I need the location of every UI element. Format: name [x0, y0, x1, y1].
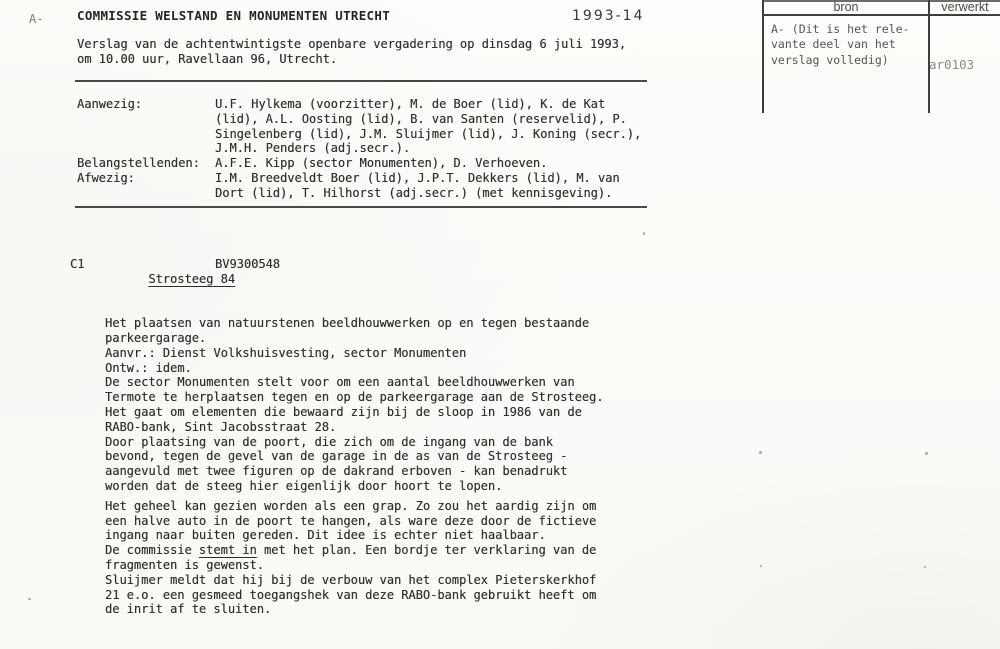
horizontal-rule-top — [75, 80, 647, 82]
registration-table: bron verwerkt A- (Dit is het rele- vante… — [762, 0, 1000, 115]
attendance-row-belangstellenden: Belangstellenden: A.F.E. Kipp (sector Mo… — [77, 156, 655, 171]
margin-annotation-code: A- — [29, 12, 43, 27]
attendance-value: U.F. Hylkema (voorzitter), M. de Boer (l… — [215, 97, 655, 156]
bron-cell-note: A- (Dit is het rele- vante deel van het … — [771, 22, 925, 68]
scan-speck — [643, 232, 645, 235]
attendance-value: A.F.E. Kipp (sector Monumenten), D. Verh… — [215, 156, 655, 171]
attendance-value: I.M. Breedveldt Boer (lid), J.P.T. Dekke… — [215, 171, 655, 201]
item-case-number: BV9300548 — [215, 257, 280, 272]
attendance-row-aanwezig: Aanwezig: U.F. Hylkema (voorzitter), M. … — [77, 97, 655, 156]
item-address: Strosteeg 84 — [148, 272, 235, 286]
item-paragraph-1: Het plaatsen van natuurstenen beeldhouww… — [105, 316, 635, 494]
page-title: COMMISSIE WELSTAND EN MONUMENTEN UTRECHT — [77, 8, 390, 23]
scan-speck — [760, 565, 762, 567]
scan-speck — [925, 452, 928, 455]
agenda-item-code: C1 — [70, 257, 84, 272]
meeting-intro: Verslag van de achtentwintigste openbare… — [77, 37, 662, 67]
scanned-document-page: A- COMMISSIE WELSTAND EN MONUMENTEN UTRE… — [0, 0, 1000, 649]
attendance-list: Aanwezig: U.F. Hylkema (voorzitter), M. … — [77, 97, 655, 201]
scan-speck — [28, 598, 31, 600]
attendance-label: Aanwezig: — [77, 97, 215, 156]
scan-speck — [924, 566, 926, 568]
verwerkt-cell-code: ar0103 — [929, 57, 974, 72]
document-number: 1993-14 — [572, 8, 645, 24]
horizontal-rule-bottom — [75, 206, 647, 208]
attendance-label: Afwezig: — [77, 171, 215, 201]
column-header-verwerkt: verwerkt — [930, 1, 1000, 13]
item-paragraph-2: Het geheel kan gezien worden als een gra… — [105, 499, 635, 617]
table-left-border — [762, 0, 764, 113]
agenda-item: Strosteeg 84 BV9300548 Het plaatsen van … — [105, 257, 635, 617]
scan-speck — [759, 451, 762, 454]
decision-underlined-text: stemt in — [199, 543, 257, 557]
attendance-row-afwezig: Afwezig: I.M. Breedveldt Boer (lid), J.P… — [77, 171, 655, 201]
agenda-item-heading: Strosteeg 84 BV9300548 — [105, 257, 635, 316]
column-header-bron: bron — [764, 1, 928, 13]
attendance-label: Belangstellenden: — [77, 156, 215, 171]
